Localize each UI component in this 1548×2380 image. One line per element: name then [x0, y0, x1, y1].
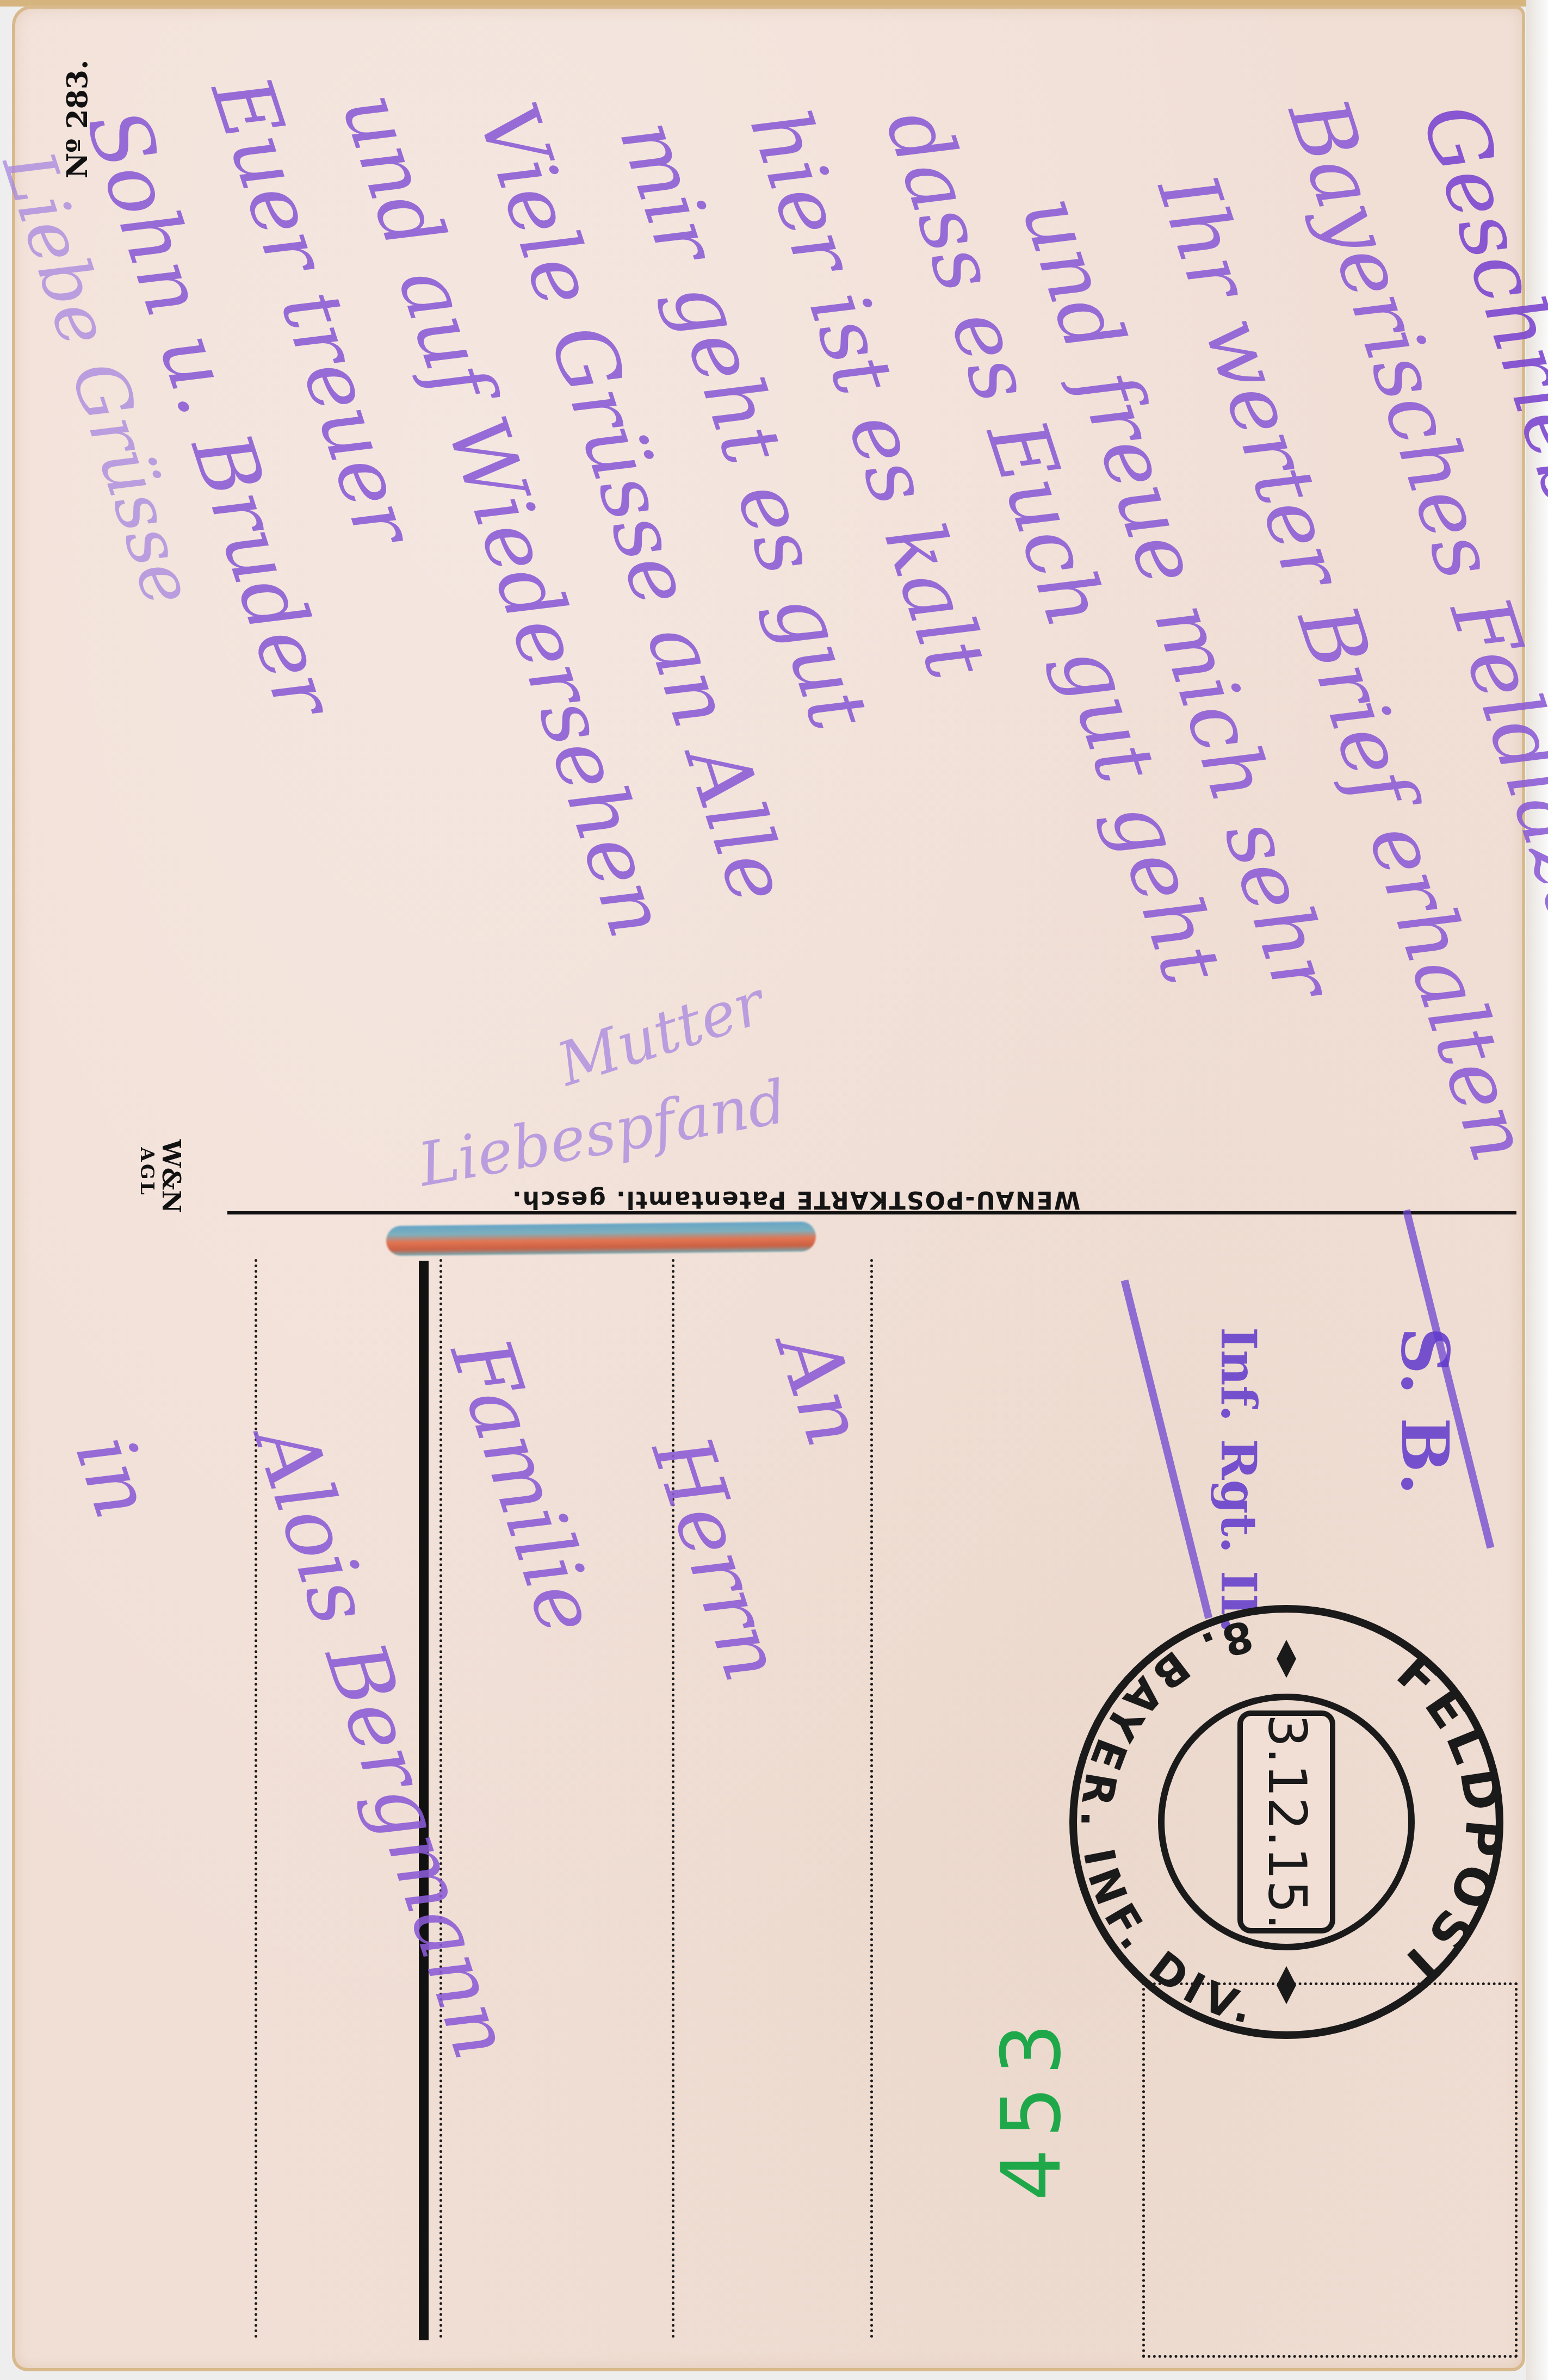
unit-stamp-letters: S. B. — [1386, 1327, 1463, 1495]
address-dotted-line-2 — [672, 1259, 674, 2339]
svg-text:FELDPOST: FELDPOST — [1386, 1643, 1513, 2001]
postmark-top-text: FELDPOST — [1386, 1643, 1513, 2001]
logo-bottom: AGL — [136, 1139, 158, 1205]
svg-text:8. BAYER. INF. DIV.: 8. BAYER. INF. DIV. — [1071, 1610, 1258, 2034]
address-dotted-line-1 — [255, 1259, 257, 2339]
archive-number: 453 — [984, 2012, 1079, 2201]
publisher-logo: W&N AGL — [92, 1139, 185, 1205]
postmark-bottom-text: 8. BAYER. INF. DIV. — [1071, 1610, 1258, 2034]
unit-stamp-line2: Inf. Rgt. II. — [1210, 1327, 1267, 1633]
crayon-tricolor-mark — [386, 1222, 816, 1256]
postmark-date: 3.12.15. — [1256, 1714, 1317, 1930]
logo-top: W&N — [158, 1139, 185, 1205]
feldpost-postmark: FELDPOST 8. BAYER. INF. DIV. 3.12.15. — [1052, 1588, 1520, 2056]
publisher-line: WENAU-POSTKARTE Patentamtl. gesch. — [511, 1186, 1080, 1213]
